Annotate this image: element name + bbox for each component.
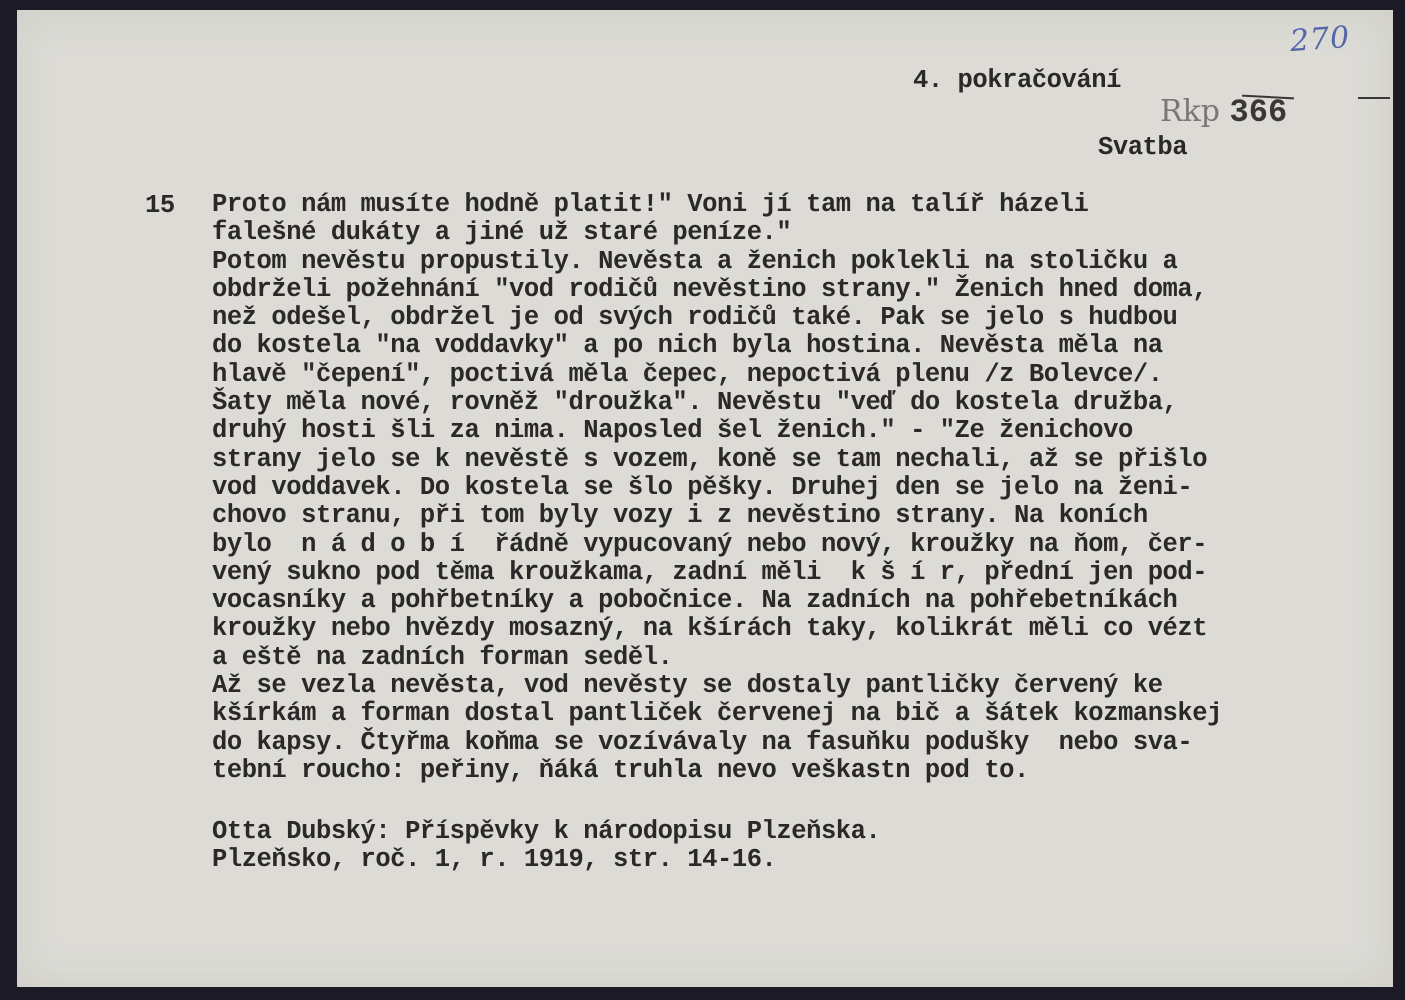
body-line: hlavě "čepení", poctivá měla čepec, nepo… [212, 361, 1222, 389]
continuation-label: 4. pokračování [913, 66, 1121, 95]
body-line: falešné dukáty a jiné už staré peníze." [212, 219, 1222, 247]
body-text: Proto nám musíte hodně platit!" Voni jí … [212, 191, 1222, 785]
body-line: chovo stranu, při tom byly vozy i z nevě… [212, 502, 1222, 530]
body-line: bylo n á d o b í řádně vypucovaný nebo n… [212, 531, 1222, 559]
body-line: vod voddavek. Do kostela se šlo pěšky. D… [212, 474, 1222, 502]
body-line: Šaty měla nové, rovněž "droužka". Nevěst… [212, 389, 1222, 417]
archive-stamp: Rkp 366 [1160, 94, 1287, 131]
source-line: Otta Dubský: Příspěvky k národopisu Plze… [212, 818, 880, 846]
body-line: než odešel, obdržel je od svých rodičů t… [212, 304, 1222, 332]
body-line: tební roucho: peřiny, ňáká truhla nevo v… [212, 757, 1222, 785]
folio-number: 270 [1289, 20, 1352, 59]
archive-stamp-prefix: Rkp [1160, 94, 1220, 129]
body-line: do kostela "na voddavky" a po nich byla … [212, 332, 1222, 360]
line-number: 15 [145, 191, 175, 220]
body-line: a eště na zadních forman seděl. [212, 644, 1222, 672]
body-line: kroužky nebo hvězdy mosazný, na kšírách … [212, 615, 1222, 643]
body-line: kšírkám a forman dostal pantliček červen… [212, 700, 1222, 728]
body-line: strany jelo se k nevěstě s vozem, koně s… [212, 446, 1222, 474]
body-line: Proto nám musíte hodně platit!" Voni jí … [212, 191, 1222, 219]
body-line: obdrželi požehnání "vod rodičů nevěstino… [212, 276, 1222, 304]
body-line: Potom nevěstu propustily. Nevěsta a ženi… [212, 248, 1222, 276]
source-citation: Otta Dubský: Příspěvky k národopisu Plze… [212, 818, 880, 875]
body-line: vený sukno pod těma kroužkama, zadní měl… [212, 559, 1222, 587]
margin-tick-mark [1358, 97, 1390, 99]
body-line: Až se vezla nevěsta, vod nevěsty se dost… [212, 672, 1222, 700]
body-line: do kapsy. Čtyřma koňma se vozívávaly na … [212, 729, 1222, 757]
section-title: Svatba [1098, 133, 1187, 162]
body-line: vocasníky a pohřbetníky a pobočnice. Na … [212, 587, 1222, 615]
source-line: Plzeňsko, roč. 1, r. 1919, str. 14-16. [212, 846, 880, 874]
archive-stamp-number: 366 [1230, 94, 1288, 131]
body-line: druhý hosti šli za nima. Naposled šel že… [212, 417, 1222, 445]
